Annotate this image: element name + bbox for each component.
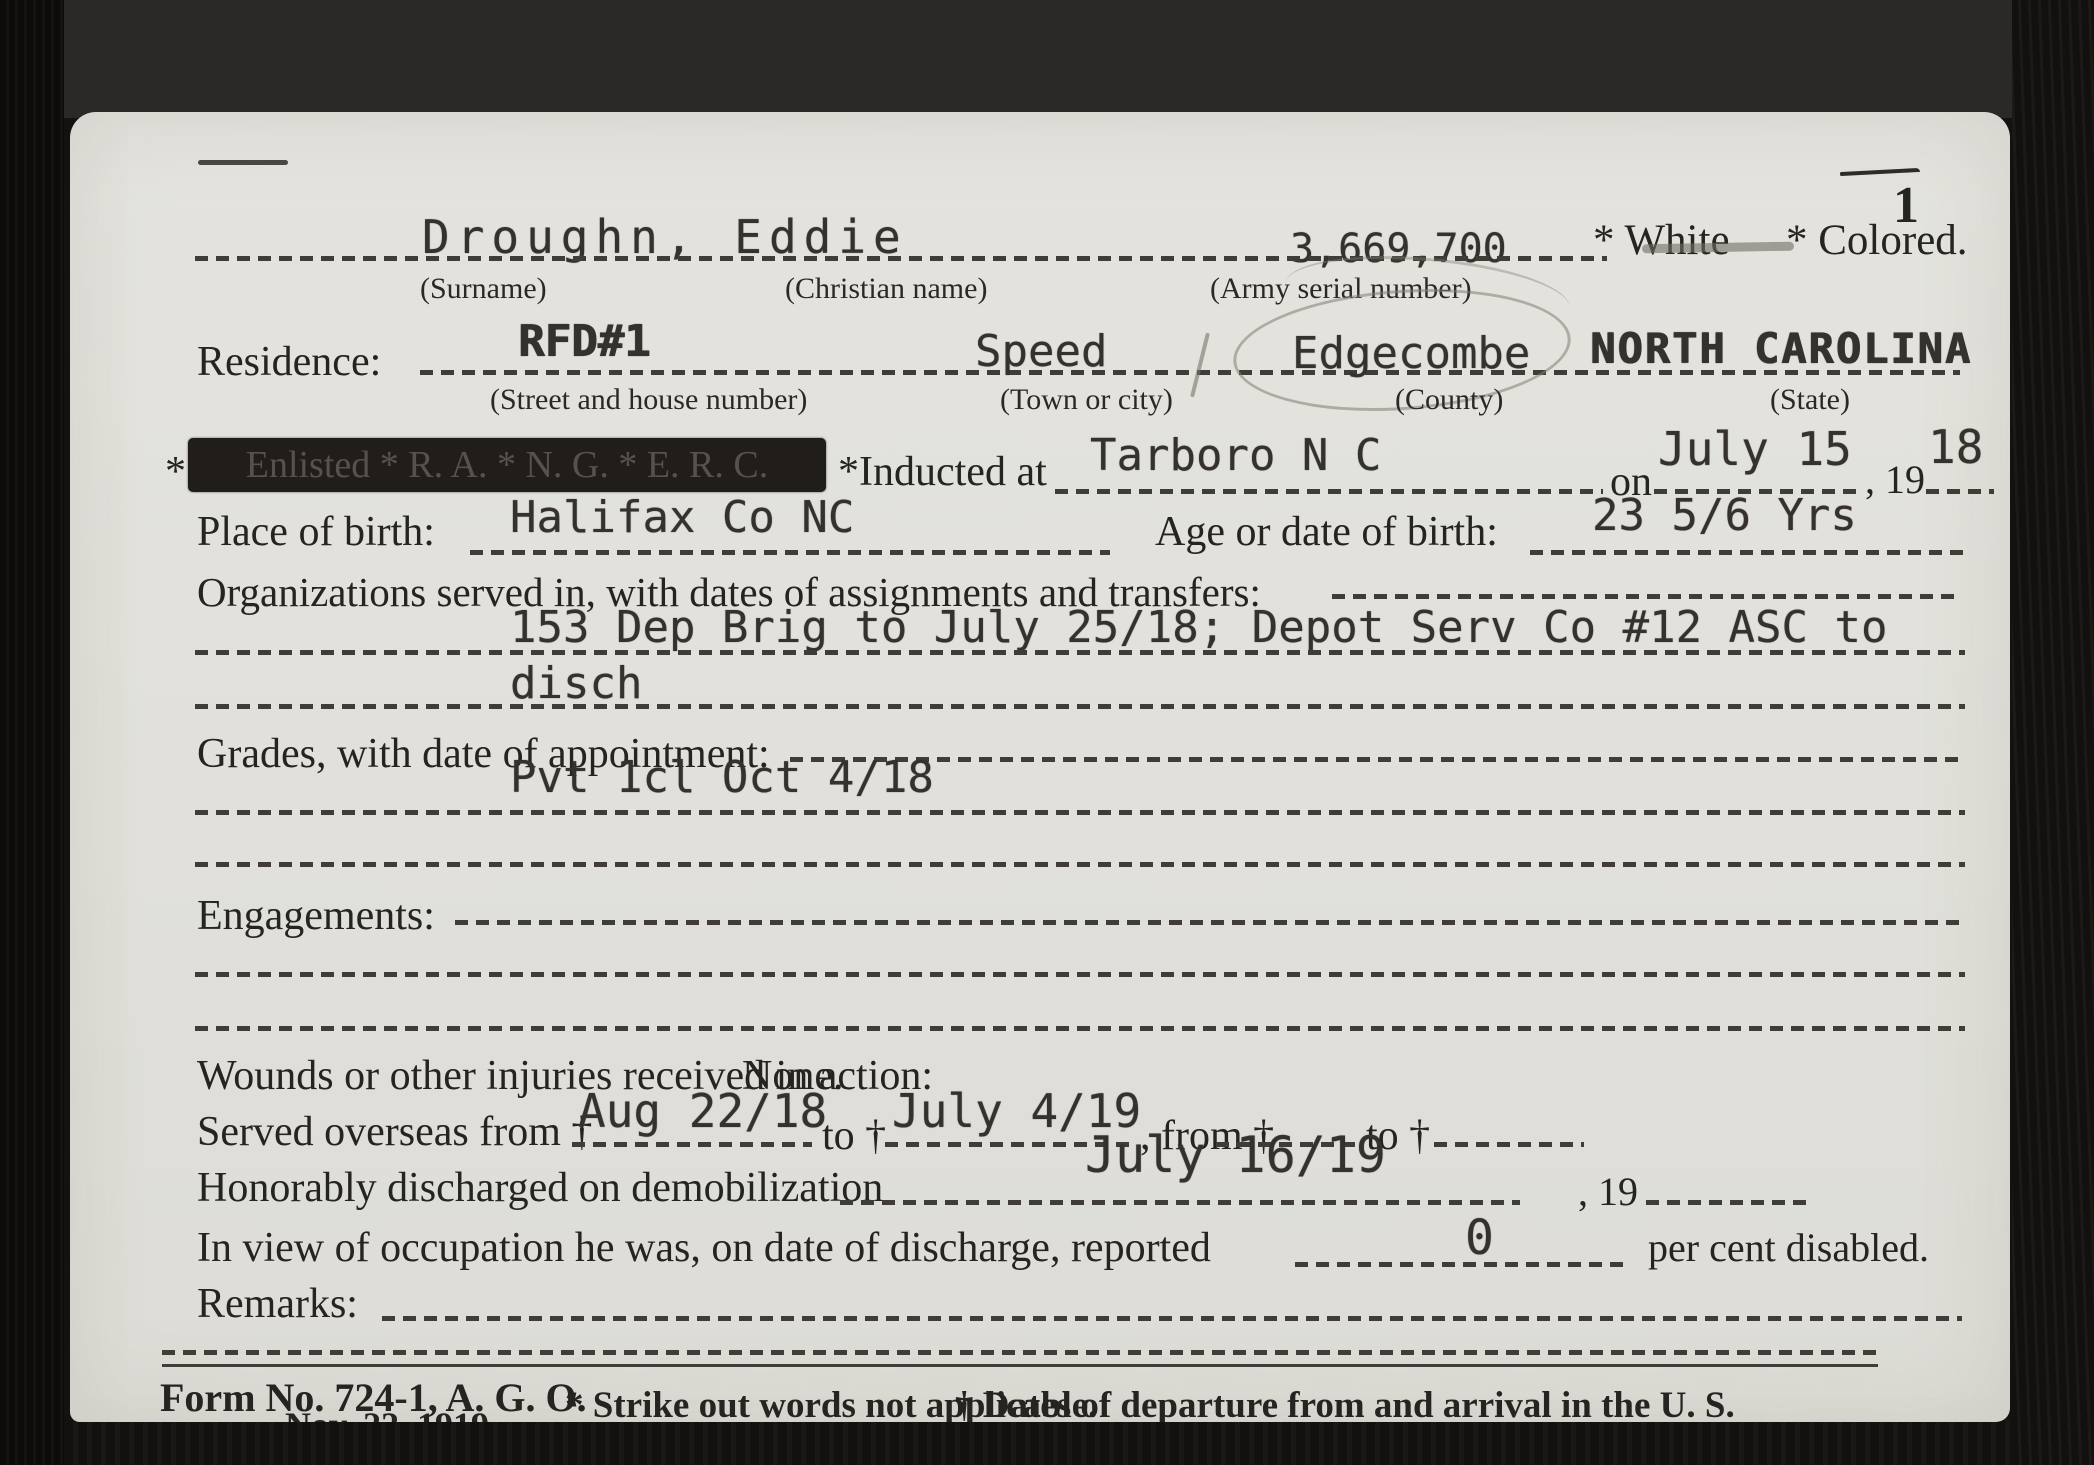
place-of-birth-value: Halifax Co NC bbox=[510, 492, 854, 543]
disability-suffix: per cent disabled. bbox=[1648, 1224, 1929, 1271]
place-of-birth-label: Place of birth: bbox=[197, 508, 435, 556]
dotted-line-organizations-1 bbox=[195, 650, 1965, 655]
dotted-line-overseas-from1 bbox=[572, 1142, 812, 1147]
dotted-line-organizations-2 bbox=[195, 704, 1965, 709]
pencil-strike-white bbox=[1642, 242, 1794, 254]
dotted-line-engagements-label bbox=[455, 920, 1963, 925]
caption-town: (Town or city) bbox=[1000, 383, 1173, 417]
discharge-label: Honorably discharged on demobilization bbox=[197, 1164, 883, 1212]
disability-value: 0 bbox=[1465, 1210, 1494, 1266]
dotted-line-engagements-2 bbox=[195, 1026, 1965, 1031]
organizations-line1-value: 153 Dep Brig to July 25/18; Depot Serv C… bbox=[510, 602, 1888, 653]
caption-county: (County) bbox=[1395, 383, 1503, 417]
scan-background-right-edge bbox=[2012, 0, 2094, 1465]
remarks-label: Remarks: bbox=[197, 1280, 358, 1328]
discharge-year-prefix: , 19 bbox=[1578, 1168, 1638, 1215]
disability-label: In view of occupation he was, on date of… bbox=[197, 1224, 1211, 1272]
dotted-line-discharge-year bbox=[1646, 1200, 1806, 1205]
residence-label: Residence: bbox=[197, 338, 381, 386]
form-date: Nov. 22, 1919 bbox=[285, 1404, 489, 1422]
solid-line-footer bbox=[162, 1364, 1878, 1367]
age-label: Age or date of birth: bbox=[1155, 508, 1498, 556]
overseas-to-label1: to † bbox=[822, 1112, 886, 1160]
age-value: 23 5/6 Yrs bbox=[1592, 490, 1857, 541]
printers-mark bbox=[198, 160, 288, 165]
dotted-line-grades-2 bbox=[195, 862, 1965, 867]
organizations-line2-value: disch bbox=[510, 658, 642, 709]
dotted-line-organizations-label bbox=[1332, 594, 1960, 599]
residence-street-value: RFD#1 bbox=[518, 316, 650, 367]
induction-year-value: 18 bbox=[1928, 420, 1983, 474]
overseas-label: Served overseas from † bbox=[197, 1108, 592, 1156]
dotted-line-engagements-1 bbox=[195, 972, 1965, 977]
dotted-line-disability bbox=[1295, 1262, 1627, 1267]
dotted-line-grades-label bbox=[790, 757, 1962, 762]
scan-background-left-edge bbox=[0, 0, 64, 1465]
caption-surname: (Surname) bbox=[420, 272, 547, 306]
overseas-from1-value: Aug 22/18 bbox=[578, 1084, 827, 1138]
footer-note-dates: † Dates of departure from and arrival in… bbox=[955, 1384, 1735, 1422]
residence-town-value: Speed bbox=[975, 326, 1107, 377]
dotted-line-discharge bbox=[840, 1200, 1520, 1205]
inducted-place-value: Tarboro N C bbox=[1090, 430, 1381, 481]
dotted-line-birth-place bbox=[470, 550, 1110, 555]
caption-christian-name: (Christian name) bbox=[785, 272, 987, 306]
page-number-overline bbox=[1840, 168, 1920, 176]
scan-background-top bbox=[0, 0, 2094, 118]
race-colored-option: * Colored. bbox=[1786, 216, 1968, 265]
scanned-service-card: 1 Droughn, Eddie 3,669,700 * White * Col… bbox=[0, 0, 2094, 1465]
caption-state: (State) bbox=[1770, 383, 1850, 417]
dotted-line-age bbox=[1530, 550, 1968, 555]
discharge-date-value: July 16/19 bbox=[1085, 1126, 1386, 1184]
inducted-at-label: *Inducted at bbox=[838, 448, 1047, 496]
induction-date-value: July 15 bbox=[1658, 422, 1852, 476]
dotted-line-induction-year bbox=[1926, 489, 1994, 494]
enlisted-asterisk: * bbox=[165, 448, 186, 496]
dotted-line-remarks bbox=[382, 1316, 1962, 1321]
race-white-option: * White bbox=[1593, 216, 1730, 265]
dotted-line-grades-1 bbox=[195, 810, 1965, 815]
dotted-line-inducted-place bbox=[1055, 489, 1603, 494]
service-record-card: 1 Droughn, Eddie 3,669,700 * White * Col… bbox=[70, 112, 2010, 1422]
residence-state-value: NORTH CAROLINA bbox=[1590, 324, 1972, 373]
grades-value: Pvt 1cl Oct 4/18 bbox=[510, 752, 934, 803]
induction-year-prefix: , 19 bbox=[1865, 456, 1925, 503]
engagements-label: Engagements: bbox=[197, 892, 435, 940]
caption-street: (Street and house number) bbox=[490, 383, 807, 417]
redaction-bar-enlisted-options: Enlisted * R. A. * N. G. * E. R. C. bbox=[188, 438, 826, 492]
pencil-tick bbox=[1190, 332, 1210, 397]
dotted-line-footer bbox=[162, 1350, 1882, 1355]
scan-background-bottom bbox=[64, 1420, 2012, 1465]
dotted-line-overseas-to2 bbox=[1434, 1142, 1584, 1147]
